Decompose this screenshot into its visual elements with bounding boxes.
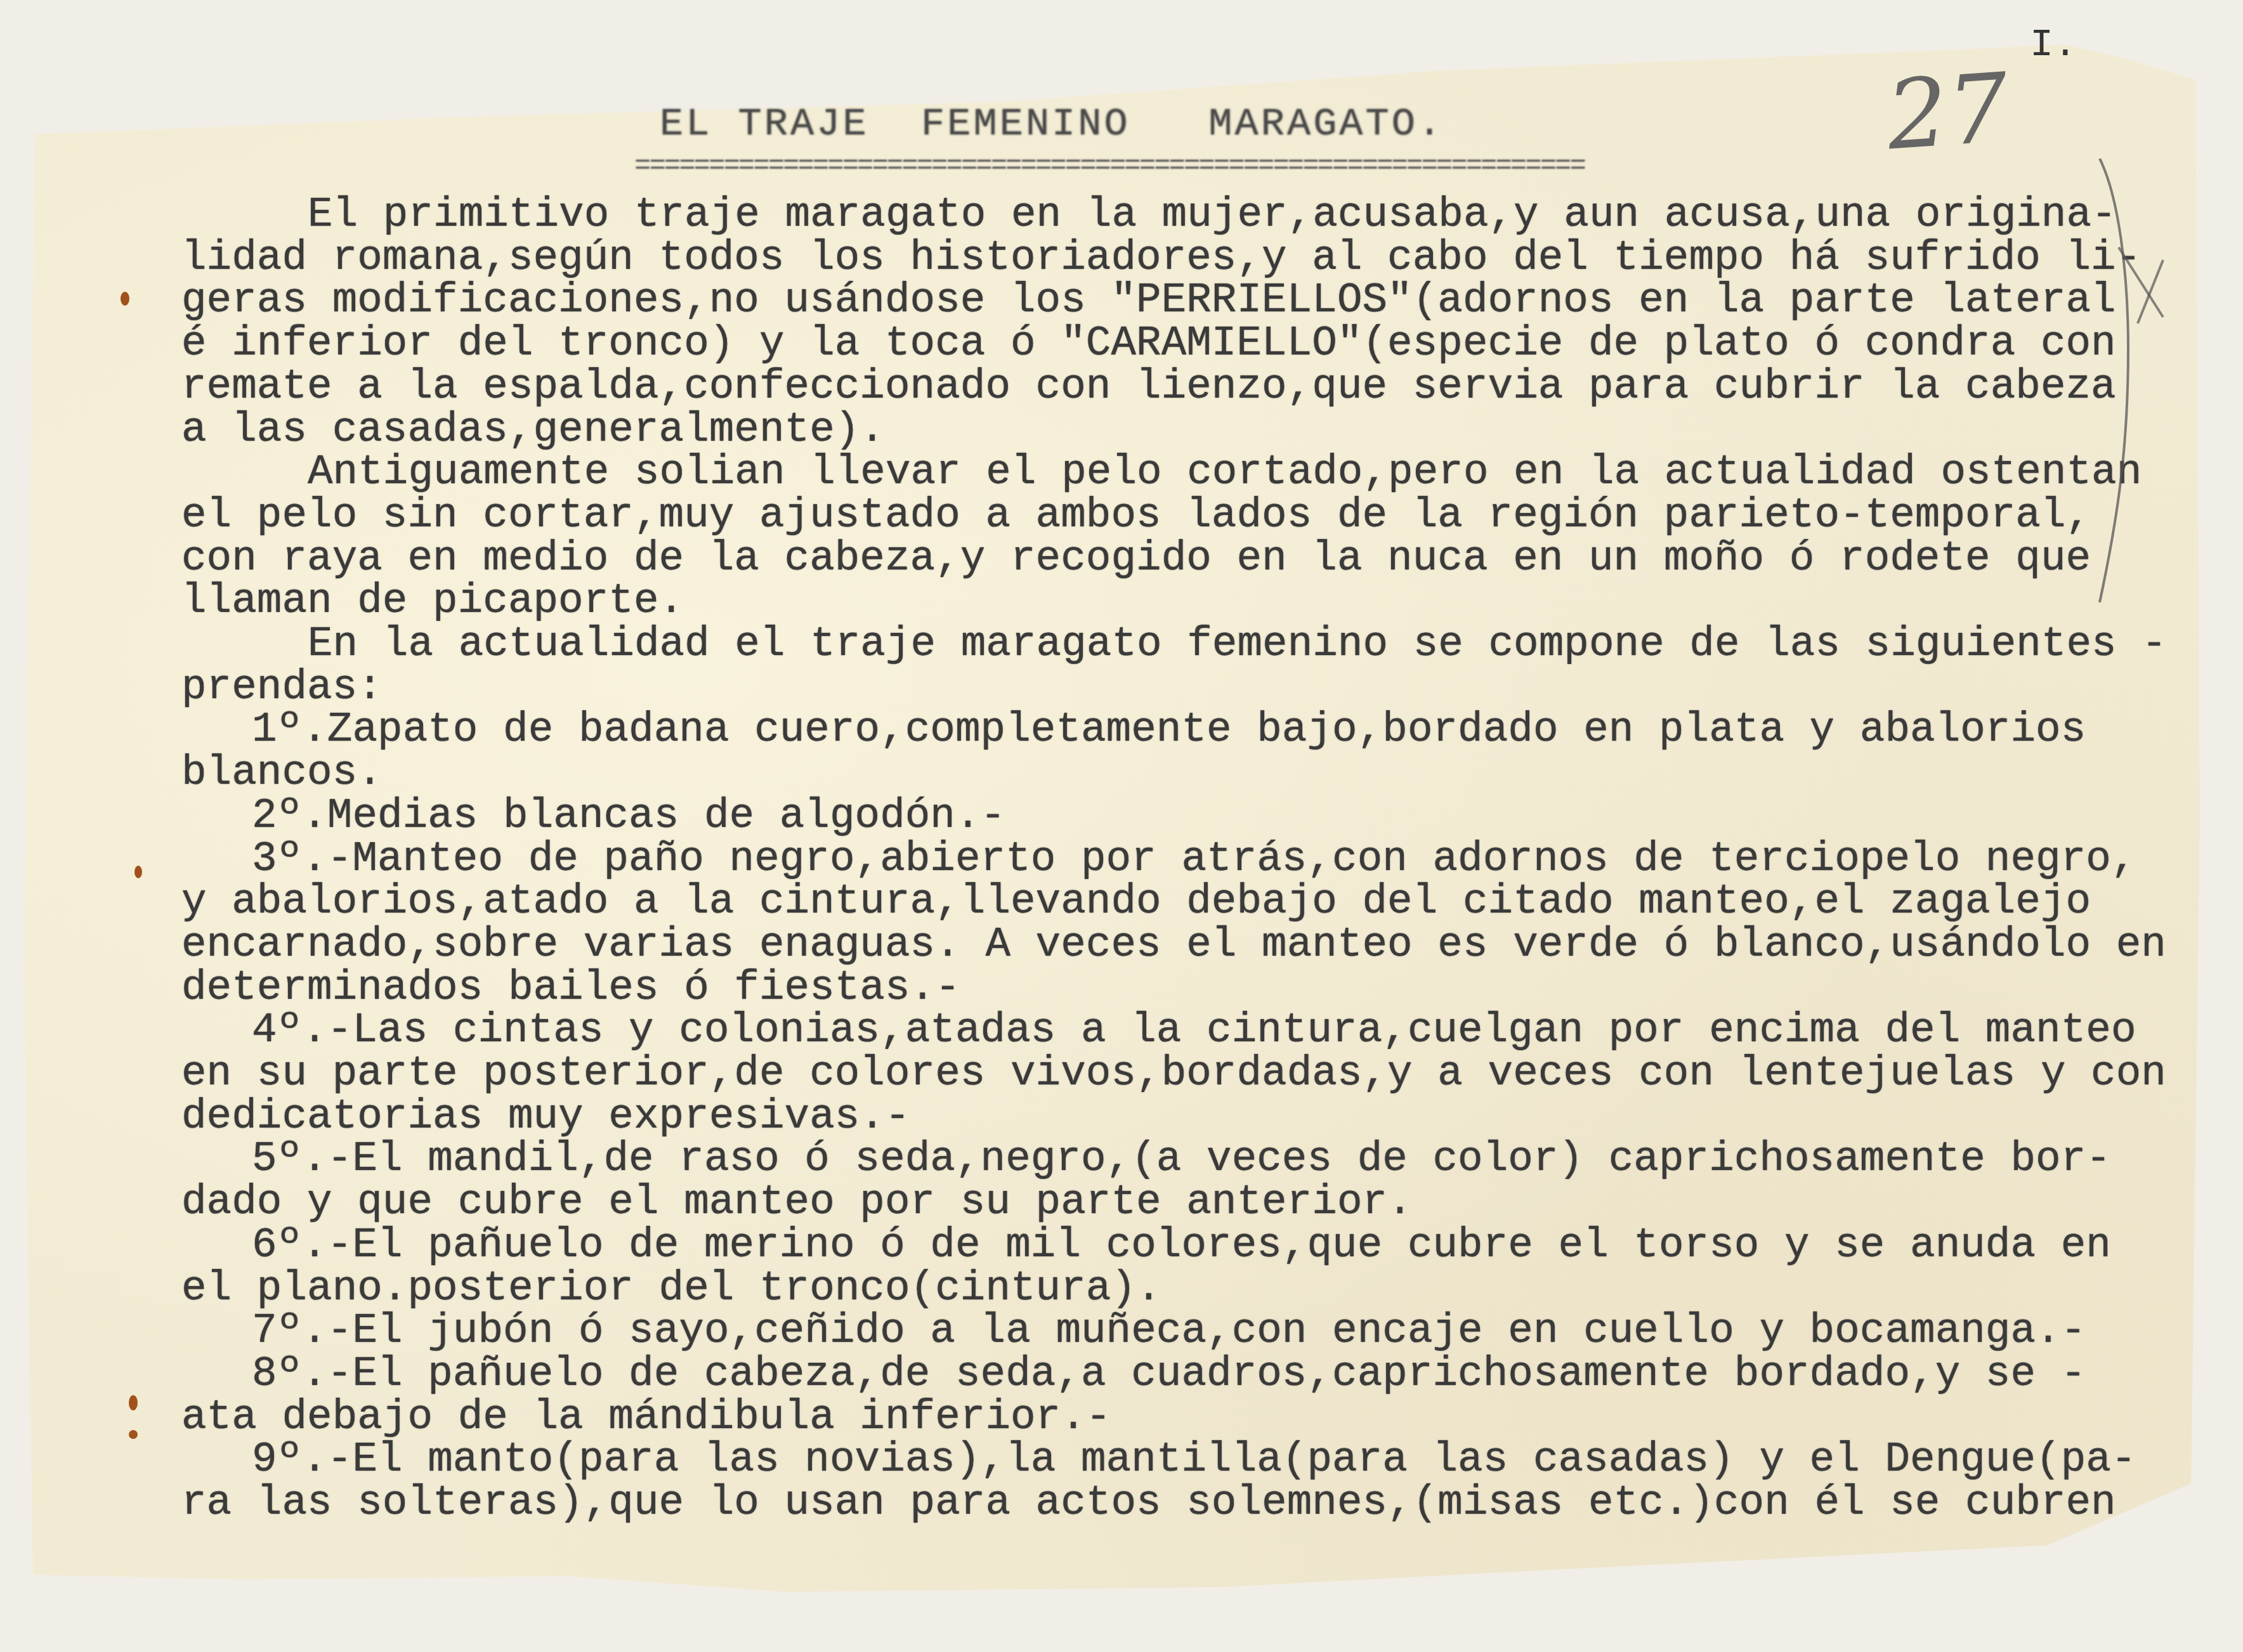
typed-line: determinados bailes ó fiestas.- xyxy=(181,966,960,1010)
typed-line: 9º.-El manto(para las novias),la mantill… xyxy=(252,1438,2136,1481)
typed-line: ra las solteras),que lo usan para actos … xyxy=(181,1481,2116,1525)
document-title: EL TRAJE FEMENINO MARAGATO. xyxy=(660,101,1444,146)
typed-line: 4º.-Las cintas y colonias,atadas a la ci… xyxy=(252,1009,2136,1052)
typed-line: dado y que cubre el manteo por su parte … xyxy=(181,1181,1413,1224)
typed-line: blancos. xyxy=(181,751,383,795)
typed-line: 6º.-El pañuelo de merino ó de mil colore… xyxy=(252,1224,2111,1267)
typed-line: y abalorios,atado a la cintura,llevando … xyxy=(181,880,2091,923)
typed-line: ata debajo de la mándibula inferior.- xyxy=(181,1396,1111,1439)
typed-line: 1º.Zapato de badana cuero,completamente … xyxy=(252,708,2086,751)
typed-line: 5º.-El mandil,de raso ó seda,negro,(a ve… xyxy=(252,1138,2111,1181)
typed-line: dedicatorias muy expresivas.- xyxy=(181,1095,910,1138)
handwritten-page-number: 27 xyxy=(1883,53,2012,172)
typed-line: llaman de picaporte. xyxy=(181,580,684,623)
typed-line: remate a la espalda,confeccionado con li… xyxy=(181,365,2116,408)
pencil-margin-mark-icon xyxy=(2093,159,2176,602)
typed-line: en su parte posterior,de colores vivos,b… xyxy=(181,1052,2166,1095)
typed-line: é inferior del tronco) y la toca ó "CARA… xyxy=(181,322,2116,365)
rust-spot xyxy=(134,866,142,878)
typed-line: 2º.Medias blancas de algodón.- xyxy=(252,795,1005,838)
typed-line: Antiguamente solian llevar el pelo corta… xyxy=(308,451,2142,494)
typed-line: lidad romana,según todos los historiador… xyxy=(181,237,2141,280)
typed-line: con raya en medio de la cabeza,y recogid… xyxy=(181,537,2091,580)
typed-line: prendas: xyxy=(181,666,383,709)
typed-line: el plano.posterior del tronco(cintura). xyxy=(181,1267,1161,1310)
rust-spot xyxy=(129,1430,138,1439)
typed-line: a las casadas,generalmente). xyxy=(181,408,885,452)
typed-line: geras modificaciones,no usándose los "PE… xyxy=(181,279,2116,322)
typed-line: En la actualidad el traje maragato femen… xyxy=(308,623,2167,666)
rust-spot xyxy=(129,1395,138,1410)
folio-mark: I. xyxy=(2030,22,2077,67)
typed-line: encarnado,sobre varias enaguas. A veces … xyxy=(181,923,2166,966)
typed-line: 7º.-El jubón ó sayo,ceñido a la muñeca,c… xyxy=(252,1310,2086,1353)
rust-spot xyxy=(121,292,129,306)
typed-line: el pelo sin cortar,muy ajustado a ambos … xyxy=(181,494,2091,537)
typed-line: 8º.-El pañuelo de cabeza,de seda,a cuadr… xyxy=(252,1353,2086,1396)
typed-line: 3º.-Manteo de paño negro,abierto por atr… xyxy=(252,838,2136,881)
typed-line: El primitivo traje maragato en la mujer,… xyxy=(308,193,2117,237)
title-underline: ========================================… xyxy=(634,151,1585,183)
